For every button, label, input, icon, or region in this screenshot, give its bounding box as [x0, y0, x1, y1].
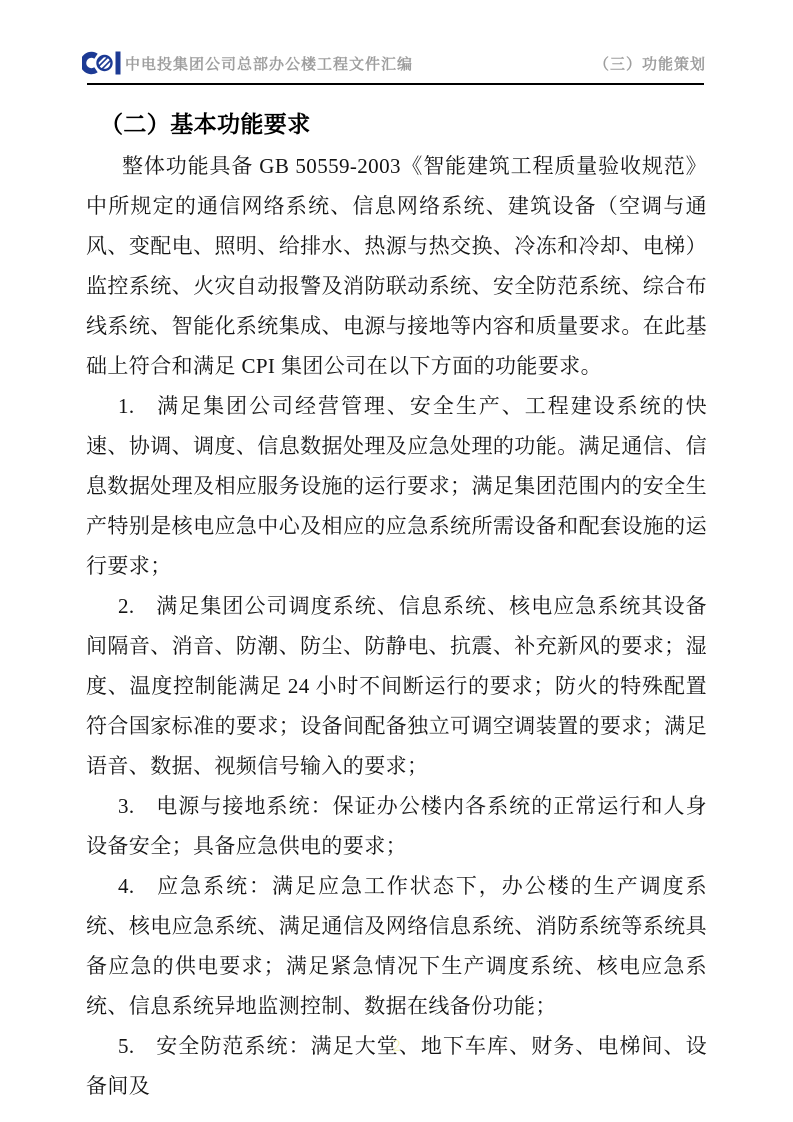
- document-page: 中电投集团公司总部办公楼工程文件汇编 （三）功能策划 （二）基本功能要求 整体功…: [0, 0, 793, 1122]
- item-text: 电源与接地系统：保证办公楼内各系统的正常运行和人身设备安全；具备应急供电的要求；: [86, 794, 707, 858]
- item-text: 应急系统：满足应急工作状态下，办公楼的生产调度系统、核电应急系统、满足通信及网络…: [86, 874, 707, 1018]
- page-header: 中电投集团公司总部办公楼工程文件汇编 （三）功能策划: [82, 50, 706, 76]
- item-number: 3.: [118, 794, 135, 818]
- numbered-item-3: 3.电源与接地系统：保证办公楼内各系统的正常运行和人身设备安全；具备应急供电的要…: [86, 786, 707, 866]
- page-number: 2: [0, 1033, 793, 1059]
- header-section-label: （三）功能策划: [594, 53, 706, 74]
- document-body: （二）基本功能要求 整体功能具备 GB 50559-2003《智能建筑工程质量验…: [86, 104, 707, 1106]
- header-title: 中电投集团公司总部办公楼工程文件汇编: [125, 53, 594, 74]
- item-text: 满足集团公司经营管理、安全生产、工程建设系统的快速、协调、调度、信息数据处理及应…: [86, 394, 707, 578]
- cpi-logo-icon: [82, 51, 123, 75]
- intro-paragraph: 整体功能具备 GB 50559-2003《智能建筑工程质量验收规范》中所规定的通…: [86, 146, 707, 386]
- item-number: 1.: [118, 394, 135, 418]
- item-number: 4.: [118, 874, 135, 898]
- item-number: 2.: [118, 594, 135, 618]
- numbered-item-4: 4.应急系统：满足应急工作状态下，办公楼的生产调度系统、核电应急系统、满足通信及…: [86, 866, 707, 1026]
- numbered-item-1: 1.满足集团公司经营管理、安全生产、工程建设系统的快速、协调、调度、信息数据处理…: [86, 386, 707, 586]
- numbered-item-2: 2.满足集团公司调度系统、信息系统、核电应急系统其设备间隔音、消音、防潮、防尘、…: [86, 586, 707, 786]
- header-divider: [87, 83, 704, 85]
- section-heading: （二）基本功能要求: [86, 104, 707, 146]
- item-text: 满足集团公司调度系统、信息系统、核电应急系统其设备间隔音、消音、防潮、防尘、防静…: [86, 594, 707, 778]
